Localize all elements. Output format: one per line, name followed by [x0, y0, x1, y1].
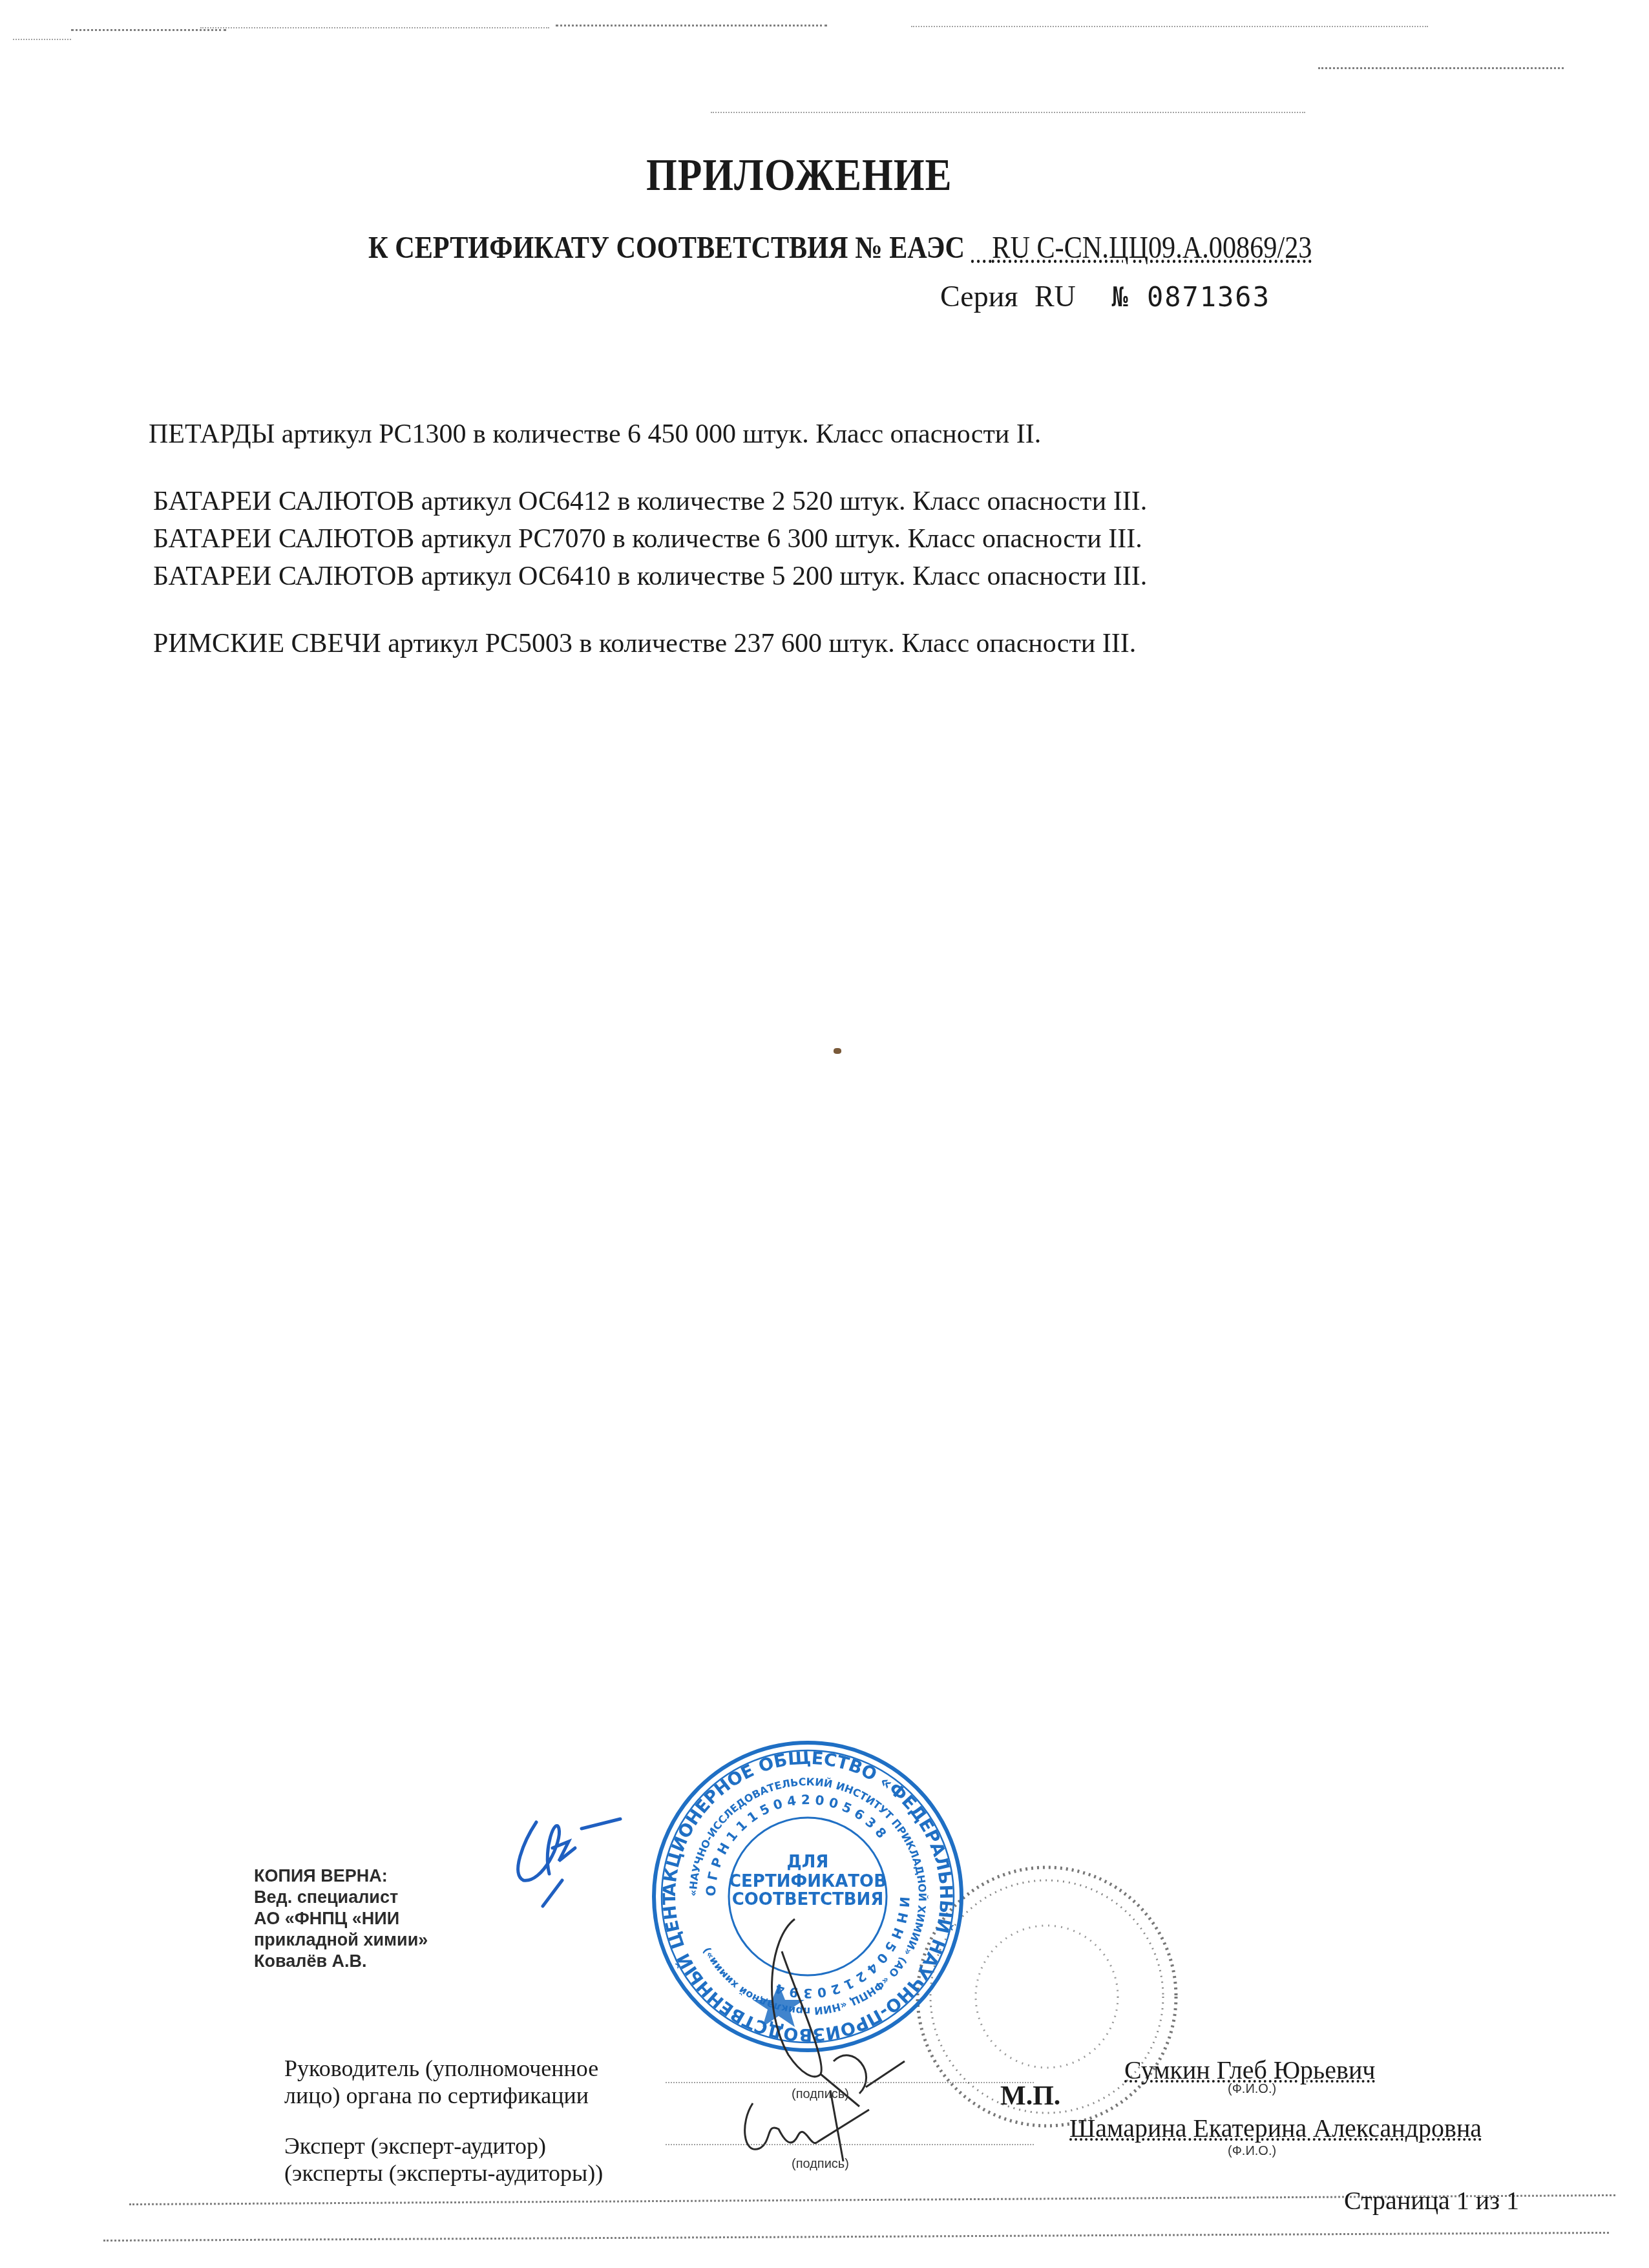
signature-line — [666, 2144, 1034, 2145]
product-item: БАТАРЕИ САЛЮТОВ артикул ОС6410 в количес… — [153, 561, 1147, 592]
scan-artifact-line — [556, 25, 827, 26]
copy-certified-line: КОПИЯ ВЕРНА: — [254, 1865, 428, 1887]
copy-certified-line: Вед. специалист — [254, 1887, 428, 1908]
series-value: RU — [1035, 280, 1076, 313]
copy-certified-block: КОПИЯ ВЕРНА: Вед. специалист АО «ФНПЦ «Н… — [254, 1865, 428, 1972]
scan-artifact-line — [200, 27, 549, 28]
scan-artifact-line — [711, 112, 1305, 113]
blank-number: № 0871363 — [1111, 281, 1270, 313]
certificate-reference: К СЕРТИФИКАТУ СООТВЕТСТВИЯ № ЕАЭС RU С-C… — [368, 230, 1312, 266]
copy-certified-line: АО «ФНПЦ «НИИ — [254, 1908, 428, 1929]
page-number: Страница 1 из 1 — [1344, 2185, 1519, 2216]
svg-text:СООТВЕТСТВИЯ: СООТВЕТСТВИЯ — [732, 1890, 884, 1909]
seal-place-label: М.П. — [1000, 2081, 1060, 2112]
certificate-number: RU С-CN.ЦЦ09.А.00869/23 — [972, 231, 1312, 265]
svg-text:СЕРТИФИКАТОВ: СЕРТИФИКАТОВ — [729, 1872, 887, 1891]
copy-certified-line: Ковалёв А.В. — [254, 1951, 428, 1972]
fio-caption: (Ф.И.О.) — [1228, 2144, 1276, 2159]
scan-artifact-line — [1318, 67, 1564, 69]
head-full-name: Сумкин Глеб Юрьевич — [1124, 2055, 1375, 2085]
form-series: Серия RU № 0871363 — [940, 279, 1270, 313]
scan-speck — [834, 1048, 841, 1054]
document-title: ПРИЛОЖЕНИЕ — [646, 150, 952, 202]
scan-artifact-line — [911, 26, 1428, 27]
fio-caption: (Ф.И.О.) — [1228, 2082, 1276, 2097]
copy-certified-line: прикладной химии» — [254, 1929, 428, 1951]
expert-auditor-label: Эксперт (эксперт-аудитор) (эксперты (экс… — [284, 2132, 603, 2187]
series-label: Серия — [940, 280, 1018, 313]
product-item: БАТАРЕИ САЛЮТОВ артикул PC7070 в количес… — [153, 523, 1142, 554]
scan-artifact-line — [13, 39, 71, 40]
scan-artifact-line — [71, 29, 226, 31]
signature-line — [666, 2082, 1034, 2083]
svg-text:ДЛЯ: ДЛЯ — [787, 1853, 829, 1872]
copy-signature-icon — [498, 1803, 627, 1913]
expert-full-name: Шамарина Екатерина Александровна — [1069, 2113, 1482, 2143]
signature-caption: (подпись) — [792, 2157, 849, 2172]
product-item: БАТАРЕИ САЛЮТОВ артикул ОС6412 в количес… — [153, 486, 1147, 517]
product-item: ПЕТАРДЫ артикул PC1300 в количестве 6 45… — [149, 419, 1041, 450]
footer-rule — [103, 2232, 1609, 2242]
head-of-certification-body-label: Руководитель (уполномоченное лицо) орган… — [284, 2055, 598, 2109]
certificate-prefix: К СЕРТИФИКАТУ СООТВЕТСТВИЯ № ЕАЭС — [368, 231, 965, 265]
product-item: РИМСКИЕ СВЕЧИ артикул PC5003 в количеств… — [153, 628, 1136, 659]
signature-caption: (подпись) — [792, 2087, 849, 2102]
